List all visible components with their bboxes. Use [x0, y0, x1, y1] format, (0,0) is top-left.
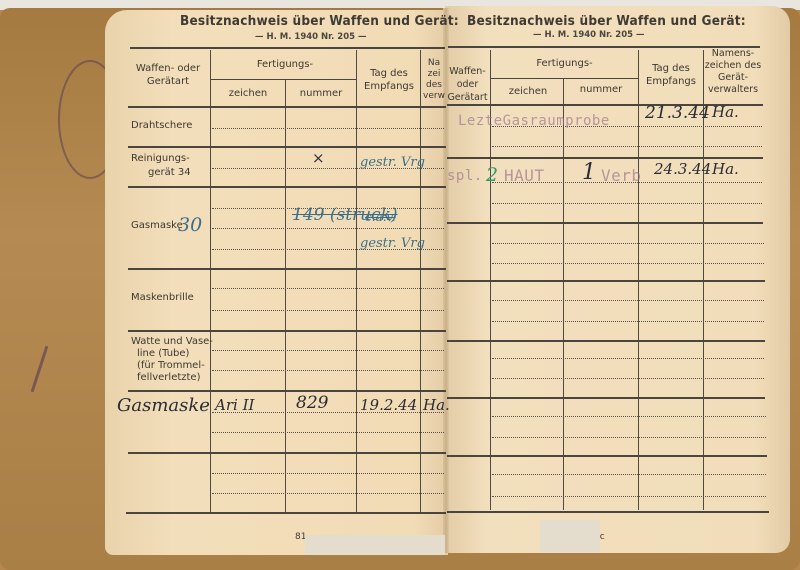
left-col-header-fertigung: Fertigungs-: [215, 58, 355, 71]
right-rule-row2: [447, 157, 763, 159]
left-rule-row3: [128, 186, 446, 188]
right-dots: [492, 358, 764, 359]
right-col-header-item: Waffen- oder Gerätart: [445, 65, 490, 104]
handwritten-tag-gasmaske: gestr. Vrg: [360, 236, 425, 251]
left-page-subtitle: — H. M. 1940 Nr. 205 —: [255, 32, 367, 42]
handwritten-green-number: 2: [486, 164, 498, 186]
handwritten-gasmaske-size: 30: [178, 214, 202, 236]
handwritten-haut-sign: Ha.: [712, 160, 739, 178]
stamp-verb: Verb: [601, 166, 642, 185]
left-col-header-nummer: nummer: [286, 87, 356, 100]
right-col-header-zeichen: zeichen: [492, 85, 564, 98]
handwritten-nummer: 829: [296, 393, 328, 413]
left-dots: [212, 128, 444, 129]
right-col-header-namens: Namens- zeichen des Gerät- verwalters: [704, 48, 762, 96]
left-dots: [212, 432, 444, 433]
left-rule-row7: [128, 452, 446, 454]
handwritten-date-received: 19.2.44: [360, 396, 417, 414]
left-col-header-tag: Tag des Empfangs: [358, 67, 420, 93]
row-label-geraet34: gerät 34: [148, 167, 191, 180]
right-page-title: Besitznachweis über Waffen und Gerät:: [467, 13, 746, 29]
right-dots: [492, 263, 764, 264]
left-col-header-zeichen: zeichen: [212, 87, 284, 100]
torn-paper-edge: [540, 520, 600, 552]
row-label-watte-4: fellverletzte): [137, 372, 201, 385]
left-vline-3: [356, 50, 357, 512]
left-dots: [212, 370, 444, 371]
handwritten-gas-test-date: 21.3.44: [645, 103, 710, 123]
right-dots: [492, 146, 762, 147]
left-dots: [212, 228, 444, 229]
right-dots: [492, 378, 764, 379]
row-label-watte-2: line (Tube): [137, 348, 189, 361]
right-dots: [492, 300, 764, 301]
left-dots: [212, 473, 444, 474]
left-page-title: Besitznachweis über Waffen und Gerät:: [180, 13, 459, 29]
left-col-header-item: Waffen- oder Gerätart: [128, 62, 208, 88]
left-rule-row6: [128, 390, 446, 392]
left-header-sub-rule: [211, 79, 356, 80]
right-dots: [492, 321, 764, 322]
left-rule-row5: [128, 330, 446, 332]
right-rule-row5: [447, 340, 765, 342]
right-rule-row4: [447, 280, 765, 282]
right-page-subtitle: — H. M. 1940 Nr. 205 —: [533, 30, 645, 40]
left-rule-row1: [128, 106, 446, 108]
right-dots: [492, 437, 766, 438]
right-rule-row3: [447, 222, 763, 224]
right-dots: [492, 474, 766, 475]
right-rule-bottom: [447, 511, 769, 513]
row-label-drahtschere: Drahtschere: [131, 120, 192, 133]
left-rule-bottom: [126, 512, 446, 514]
stamp-spl-prefix: spl.: [447, 168, 483, 184]
left-rule-row2: [128, 146, 446, 148]
right-header-sub-rule: [491, 78, 638, 79]
row-label-watte-1: Watte und Vase-: [131, 336, 213, 349]
right-rule-row7: [447, 455, 767, 457]
row-label-gasmaske: Gasmaske: [131, 220, 183, 233]
handwritten-haut-date: 24.3.44: [654, 160, 711, 178]
left-dots: [212, 288, 444, 289]
row-label-watte-3: (für Trommel-: [137, 360, 205, 373]
right-col-header-tag: Tag des Empfangs: [640, 62, 702, 88]
left-header-top-rule: [130, 47, 445, 49]
right-rule-row6: [447, 397, 765, 399]
handwritten-cross: ×: [312, 149, 325, 167]
handwritten-gas-test-sign: Ha.: [712, 103, 739, 121]
handwritten-struck-tag: c.a.v.: [365, 210, 396, 224]
left-dots: [212, 350, 444, 351]
left-vline-4: [420, 50, 421, 512]
handwritten-quantity: 1: [582, 160, 596, 185]
right-col-header-nummer: nummer: [565, 83, 637, 96]
right-vline-2: [563, 78, 564, 510]
handwritten-tag-reinigung: gestr. Vrg: [360, 155, 425, 170]
right-dots: [492, 243, 764, 244]
stamp-gas-test: LezteGasraumprobe: [458, 113, 610, 129]
right-dots: [492, 496, 766, 497]
left-dots: [212, 493, 444, 494]
right-dots: [492, 416, 766, 417]
left-dots: [212, 310, 444, 311]
handwritten-signature: Ha.: [423, 396, 450, 414]
torn-paper-edge: [305, 535, 445, 555]
left-vline-2: [285, 80, 286, 512]
left-col-header-namens: Na zei des verw: [423, 58, 445, 103]
row-label-maskenbrille: Maskenbrille: [131, 292, 194, 305]
right-dots: [492, 203, 762, 204]
left-vline-1: [210, 50, 211, 512]
handwritten-zeichen: Ari II: [215, 396, 254, 414]
left-rule-row4: [128, 268, 446, 270]
row-label-reinigungs: Reinigungs-: [131, 153, 190, 166]
handwritten-gasmaske-entry: Gasmaske: [117, 395, 210, 416]
right-col-header-fertigung: Fertigungs-: [492, 57, 637, 70]
stamp-haut: HAUT: [504, 166, 545, 185]
